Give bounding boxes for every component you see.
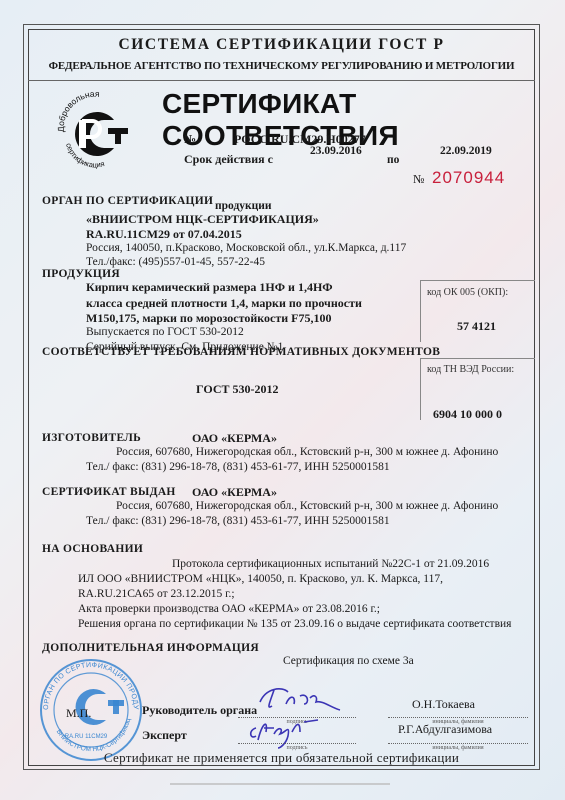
head-name-line bbox=[388, 717, 528, 718]
product-line: М150,175, марки по морозостойкости F75,1… bbox=[86, 311, 331, 326]
manufacturer-name: ОАО «КЕРМА» bbox=[192, 431, 277, 446]
number-label: № bbox=[184, 132, 196, 147]
compliance-standard: ГОСТ 530-2012 bbox=[196, 382, 278, 397]
rst-logo-icon: Добровольная сертификация bbox=[52, 88, 136, 172]
certification-body-phone: Тел./факс: (495)557-01-45, 557-22-45 bbox=[86, 256, 265, 268]
footer-note: Сертификат не применяется при обязательн… bbox=[28, 750, 535, 766]
certification-body-name: «ВНИИСТРОМ НЦК-СЕРТИФИКАЦИЯ» bbox=[86, 212, 319, 227]
additional-info-label: ДОПОЛНИТЕЛЬНАЯ ИНФОРМАЦИЯ bbox=[42, 642, 259, 654]
certification-scheme: Сертификация по схеме 3а bbox=[283, 655, 414, 667]
okp-code-box: код ОК 005 (ОКП): 57 4121 bbox=[420, 280, 535, 342]
basis-line: Решения органа по сертификации № 135 от … bbox=[78, 618, 511, 630]
product-line: класса средней плотности 1,4, марки по п… bbox=[86, 296, 362, 311]
agency-name: ФЕДЕРАЛЬНОЕ АГЕНТСТВО ПО ТЕХНИЧЕСКОМУ РЕ… bbox=[28, 60, 535, 72]
head-name: О.Н.Токаева bbox=[412, 697, 475, 712]
manufacturer-label: ИЗГОТОВИТЕЛЬ bbox=[42, 432, 141, 444]
stamp-code: RA.RU 11СМ29 bbox=[65, 734, 108, 740]
stamp-place-label: М.П. bbox=[66, 706, 91, 721]
okp-code-label: код ОК 005 (ОКП): bbox=[427, 287, 508, 298]
serial-label: № bbox=[413, 172, 424, 187]
product-standard-line: Выпускается по ГОСТ 530-2012 bbox=[86, 326, 244, 338]
expert-signature bbox=[244, 710, 324, 750]
basis-line: Акта проверки производства ОАО «КЕРМА» о… bbox=[78, 603, 380, 615]
certification-body-address: Россия, 140050, п.Красково, Московской о… bbox=[86, 242, 406, 254]
basis-line: Протокола сертификационных испытаний №22… bbox=[172, 558, 489, 570]
manufacturer-phone: Тел./ факс: (831) 296-18-78, (831) 453-6… bbox=[86, 461, 390, 473]
product-label: ПРОДУКЦИЯ bbox=[42, 268, 120, 280]
product-line: Кирпич керамический размера 1НФ и 1,4НФ bbox=[86, 280, 333, 295]
basis-line: RA.RU.21СА65 от 23.12.2015 г.; bbox=[78, 588, 235, 600]
rst-logo: Добровольная сертификация bbox=[52, 88, 136, 172]
head-of-body-label: Руководитель органа bbox=[142, 703, 257, 718]
expert-signature-line bbox=[238, 743, 356, 744]
issued-to-label: СЕРТИФИКАТ ВЫДАН bbox=[42, 486, 176, 498]
issued-to-address: Россия, 607680, Нижегородская обл., Ксто… bbox=[116, 500, 498, 512]
system-title: СИСТЕМА СЕРТИФИКАЦИИ ГОСТ Р bbox=[28, 36, 535, 54]
okp-code-value: 57 4121 bbox=[457, 319, 496, 334]
signature-icon bbox=[244, 710, 324, 750]
to-label: по bbox=[387, 154, 399, 166]
certification-body-accreditation: RA.RU.11СМ29 от 07.04.2015 bbox=[86, 227, 242, 242]
compliance-label: СООТВЕТСТВУЕТ ТРЕБОВАНИЯМ НОРМАТИВНЫХ ДО… bbox=[42, 346, 440, 358]
manufacturer-address: Россия, 607680, Нижегородская обл., Ксто… bbox=[116, 446, 498, 458]
issued-to-phone: Тел./ факс: (831) 296-18-78, (831) 453-6… bbox=[86, 515, 390, 527]
expert-label: Эксперт bbox=[142, 728, 187, 743]
printer-microprint bbox=[170, 783, 390, 785]
issued-to-name: ОАО «КЕРМА» bbox=[192, 485, 277, 500]
certification-body-label: ОРГАН ПО СЕРТИФИКАЦИИ bbox=[42, 195, 213, 207]
header-divider bbox=[28, 80, 535, 81]
basis-line: ИЛ ООО «ВНИИСТРОМ «НЦК», 140050, п. Крас… bbox=[78, 573, 443, 585]
validity-label: Срок действия с bbox=[184, 152, 273, 167]
basis-label: НА ОСНОВАНИИ bbox=[42, 543, 143, 555]
certification-body-sublabel: продукции bbox=[215, 200, 272, 212]
expert-name-line bbox=[388, 743, 528, 744]
valid-to-date: 22.09.2019 bbox=[440, 145, 492, 157]
expert-name: Р.Г.Абдулгазимова bbox=[398, 722, 492, 737]
serial-number: 2070944 bbox=[432, 168, 505, 188]
tnved-code-box: код ТН ВЭД России: 6904 10 000 0 bbox=[420, 358, 535, 420]
tnved-code-value: 6904 10 000 0 bbox=[433, 407, 502, 422]
valid-from-date: 23.09.2016 bbox=[310, 145, 362, 157]
tnved-code-label: код ТН ВЭД России: bbox=[427, 364, 514, 375]
